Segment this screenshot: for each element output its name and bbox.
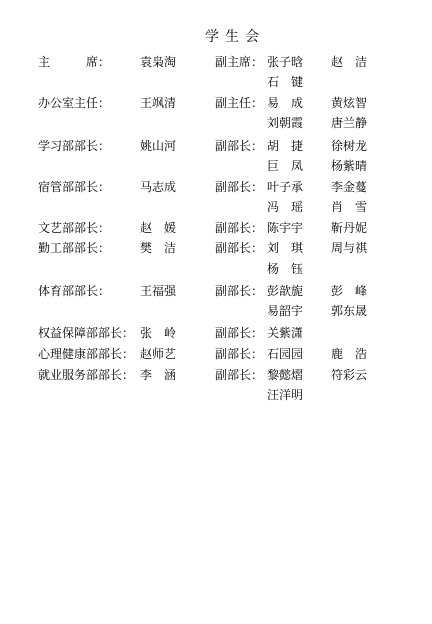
roster-row: 宿管部部长： 马志成 副部长： 叶子承 李金蔓 xyxy=(0,179,432,199)
vice-name: 唐兰静 xyxy=(331,115,367,131)
vice-name: 周与祺 xyxy=(331,240,367,256)
vice-position-label: 副部长： xyxy=(215,283,263,299)
head-name: 袁枭淘 xyxy=(140,54,176,70)
roster-row: 体育部部长： 王福强 副部长： 彭歆旎 彭 峰 xyxy=(0,283,432,303)
position-label: 文艺部部长： xyxy=(38,220,110,236)
position-label: 主 席： xyxy=(38,54,110,70)
roster-row: 冯 瑶 肖 雪 xyxy=(0,199,432,219)
vice-name: 徐树龙 xyxy=(331,138,367,154)
head-name: 姚山河 xyxy=(140,138,176,154)
vice-name: 鹿 浩 xyxy=(331,346,367,362)
vice-position-label: 副部长： xyxy=(215,220,263,236)
vice-name: 刘朝霞 xyxy=(267,115,303,131)
roster-row: 心理健康部部长： 赵师艺 副部长： 石园园 鹿 浩 xyxy=(0,346,432,366)
vice-position-label: 副部长： xyxy=(215,325,263,341)
roster-row: 权益保障部部长： 张 岭 副部长： 关紫潇 xyxy=(0,325,432,345)
vice-name: 黎懿熠 xyxy=(267,367,303,383)
vice-name: 杨紫晴 xyxy=(331,158,367,174)
vice-position-label: 副部长： xyxy=(215,138,263,154)
vice-name: 胡 捷 xyxy=(267,138,303,154)
vice-position-label: 副主席： xyxy=(215,54,263,70)
roster-row: 杨 钰 xyxy=(0,261,432,281)
position-label: 勤工部部长： xyxy=(38,240,110,256)
position-label: 就业服务部部长： xyxy=(38,367,134,383)
head-name: 王飒清 xyxy=(140,95,176,111)
vice-name: 关紫潇 xyxy=(267,325,303,341)
vice-name: 冯 瑶 xyxy=(267,199,303,215)
vice-name: 张子晗 xyxy=(267,54,303,70)
vice-name: 叶子承 xyxy=(267,179,303,195)
vice-position-label: 副主任： xyxy=(215,95,263,111)
position-label: 办公室主任： xyxy=(38,95,110,111)
vice-name: 靳丹妮 xyxy=(331,220,367,236)
roster-row: 就业服务部部长： 李 涵 副部长： 黎懿熠 符彩云 xyxy=(0,367,432,387)
vice-name: 符彩云 xyxy=(331,367,367,383)
head-name: 赵师艺 xyxy=(140,346,176,362)
vice-name: 杨 钰 xyxy=(267,261,303,277)
vice-name: 陈宇宇 xyxy=(267,220,303,236)
roster-row: 汪洋明 xyxy=(0,387,432,407)
head-name: 马志成 xyxy=(140,179,176,195)
vice-name: 李金蔓 xyxy=(331,179,367,195)
roster-row: 办公室主任： 王飒清 副主任： 易 成 黄炫智 xyxy=(0,95,432,115)
vice-name: 肖 雪 xyxy=(331,199,367,215)
roster-row: 石 键 xyxy=(0,74,432,94)
vice-name: 刘 琪 xyxy=(267,240,303,256)
roster-row: 易韶宇 郭东晟 xyxy=(0,303,432,323)
roster-row: 巨 凤 杨紫晴 xyxy=(0,158,432,178)
head-name: 王福强 xyxy=(140,283,176,299)
vice-name: 汪洋明 xyxy=(267,387,303,403)
position-label: 体育部部长： xyxy=(38,283,110,299)
vice-name: 易 成 xyxy=(267,95,303,111)
vice-name: 赵 洁 xyxy=(331,54,367,70)
vice-name: 石 键 xyxy=(267,74,303,90)
position-label: 学习部部长： xyxy=(38,138,110,154)
vice-position-label: 副部长： xyxy=(215,346,263,362)
page-title: 学生会 xyxy=(0,26,432,46)
position-label: 心理健康部部长： xyxy=(38,346,134,362)
head-name: 赵 媛 xyxy=(140,220,176,236)
roster-row: 勤工部部长： 樊 洁 副部长： 刘 琪 周与祺 xyxy=(0,240,432,260)
vice-name: 石园园 xyxy=(267,346,303,362)
vice-position-label: 副部长： xyxy=(215,179,263,195)
vice-name: 易韶宇 xyxy=(267,303,303,319)
vice-name: 黄炫智 xyxy=(331,95,367,111)
head-name: 樊 洁 xyxy=(140,240,176,256)
position-label: 宿管部部长： xyxy=(38,179,110,195)
roster-row: 主 席： 袁枭淘 副主席： 张子晗 赵 洁 xyxy=(0,54,432,74)
vice-name: 郭东晟 xyxy=(331,303,367,319)
vice-name: 彭歆旎 xyxy=(267,283,303,299)
vice-position-label: 副部长： xyxy=(215,240,263,256)
head-name: 张 岭 xyxy=(140,325,176,341)
roster-row: 刘朝霞 唐兰静 xyxy=(0,115,432,135)
roster-row: 文艺部部长： 赵 媛 副部长： 陈宇宇 靳丹妮 xyxy=(0,220,432,240)
head-name: 李 涵 xyxy=(140,367,176,383)
position-label: 权益保障部部长： xyxy=(38,325,134,341)
roster-row: 学习部部长： 姚山河 副部长： 胡 捷 徐树龙 xyxy=(0,138,432,158)
vice-name: 巨 凤 xyxy=(267,158,303,174)
vice-position-label: 副部长： xyxy=(215,367,263,383)
vice-name: 彭 峰 xyxy=(331,283,367,299)
